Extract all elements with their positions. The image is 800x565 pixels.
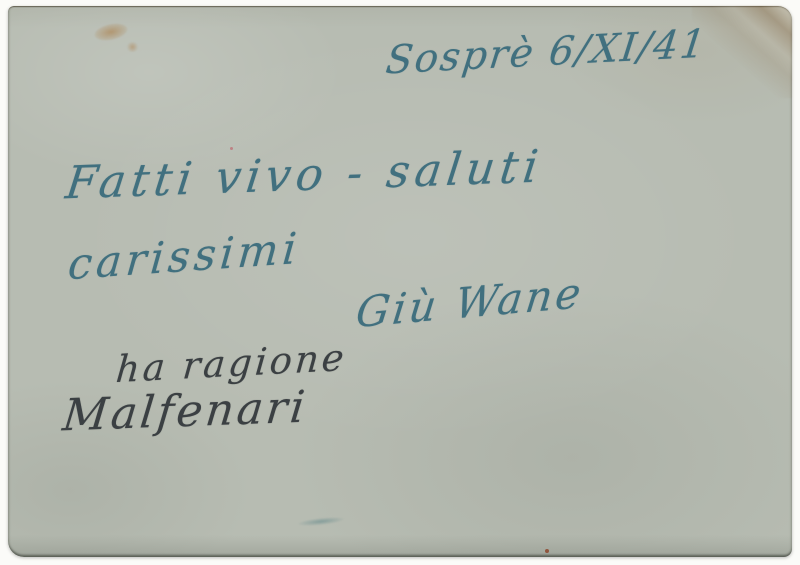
- message-line-2: carissimi: [66, 224, 302, 291]
- foxing-stain: [93, 21, 130, 44]
- red-speck: [545, 549, 549, 553]
- signature-handwriting: Giù Wane: [353, 268, 586, 338]
- corner-crease: [692, 6, 792, 98]
- foxing-stain: [126, 42, 139, 52]
- annotation-line-2: Malfenari: [60, 382, 310, 442]
- message-line-1: Fatti vivo - saluti: [63, 140, 546, 210]
- annotation-line-1: ha ragione: [114, 336, 348, 391]
- postcard: Sosprè 6/XI/41 Fatti vivo - saluti caris…: [8, 6, 792, 557]
- dateline-handwriting: Sosprè 6/XI/41: [383, 21, 709, 83]
- ink-smudge: [298, 516, 344, 528]
- scan-background: Sosprè 6/XI/41 Fatti vivo - saluti caris…: [0, 0, 800, 565]
